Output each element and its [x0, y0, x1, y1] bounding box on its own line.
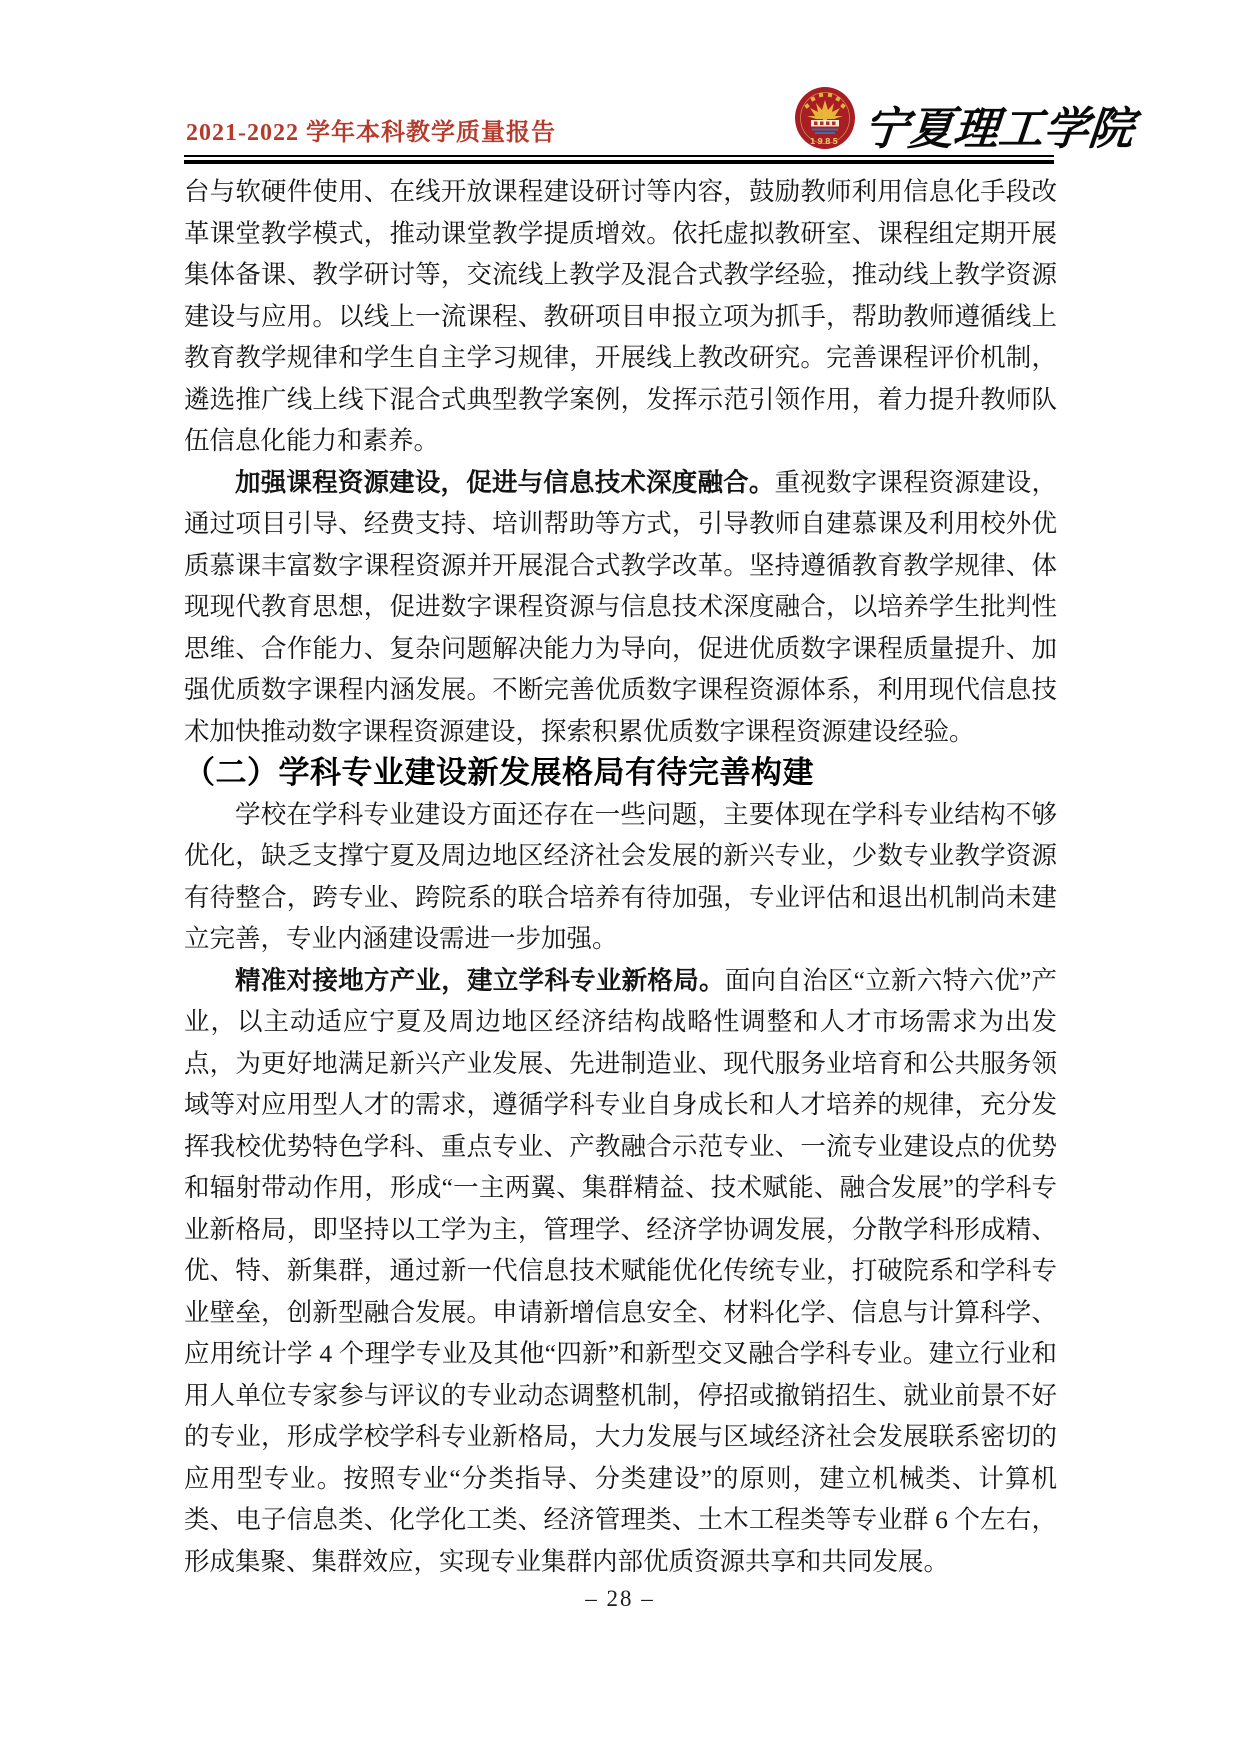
paragraph-continued: 台与软硬件使用、在线开放课程建设研讨等内容，鼓励教师利用信息化手段改革课堂教学模… [184, 171, 1057, 462]
seal-year-text: 1985 [810, 137, 840, 146]
paragraph-text: 面向自治区“立新六特六优”产业，以主动适应宁夏及周边地区经济结构战略性调整和人才… [184, 966, 1057, 1576]
paragraph-course-resources: 加强课程资源建设，促进与信息技术深度融合。重视数字课程资源建设，通过项目引导、经… [184, 462, 1057, 753]
paragraph-local-industry: 精准对接地方产业，建立学科专业新格局。面向自治区“立新六特六优”产业，以主动适应… [184, 960, 1057, 1583]
report-title: 2021-2022 学年本科教学质量报告 [186, 112, 556, 147]
paragraph-text: 台与软硬件使用、在线开放课程建设研讨等内容，鼓励教师利用信息化手段改革课堂教学模… [184, 177, 1057, 455]
section-heading: （二）学科专业建设新发展格局有待完善构建 [184, 752, 1057, 794]
page-body: 台与软硬件使用、在线开放课程建设研讨等内容，鼓励教师利用信息化手段改革课堂教学模… [184, 171, 1057, 1582]
paragraph-discipline-problems: 学校在学科专业建设方面还存在一些问题，主要体现在学科专业结构不够优化，缺乏支撑宁… [184, 794, 1057, 960]
document-page: 2021-2022 学年本科教学质量报告 [0, 0, 1240, 1753]
page-number: – 28 – [0, 1586, 1240, 1612]
header-divider-line [184, 155, 1054, 164]
paragraph-lead-bold: 精准对接地方产业，建立学科专业新格局。 [235, 966, 725, 995]
paragraph-text: 重视数字课程资源建设，通过项目引导、经费支持、培训帮助等方式，引导教师自建慕课及… [184, 468, 1057, 746]
university-name-calligraphy: 宁夏理工学院 [861, 92, 1141, 157]
university-seal-logo: 1985 [794, 86, 856, 150]
paragraph-text: 学校在学科专业建设方面还存在一些问题，主要体现在学科专业结构不够优化，缺乏支撑宁… [184, 800, 1057, 954]
paragraph-lead-bold: 加强课程资源建设，促进与信息技术深度融合。 [235, 468, 775, 497]
